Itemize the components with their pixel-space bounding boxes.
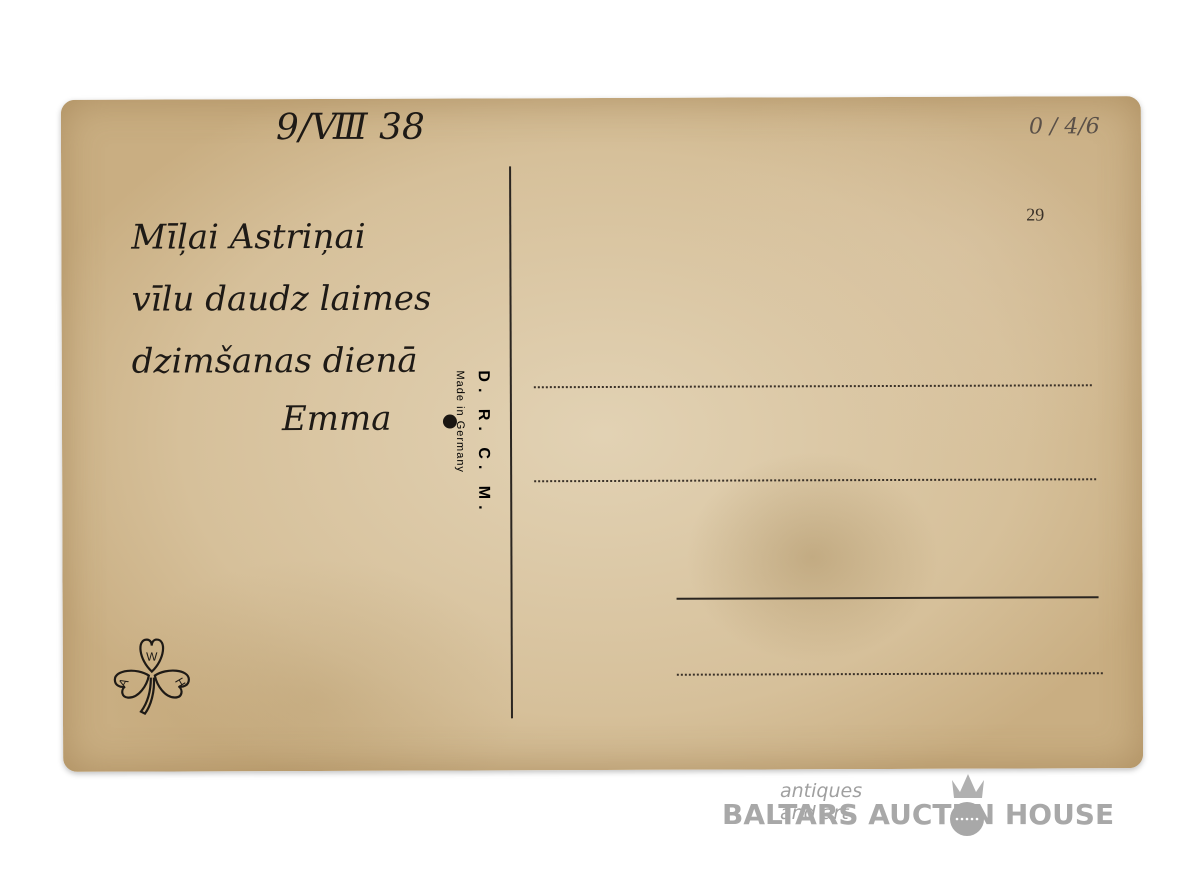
globe-o-icon [948, 800, 986, 838]
message-line-1: Mīļai Astriņai [131, 217, 365, 258]
crown-icon [948, 770, 988, 800]
shamrock-logo-icon: W A H [107, 629, 197, 719]
signature: Emma [282, 399, 392, 439]
address-line-3 [677, 596, 1099, 599]
handwritten-date: 9/Ⅷ 38 [276, 107, 425, 149]
address-line-1 [534, 384, 1092, 388]
address-line-4 [677, 672, 1103, 675]
pencil-corner-note: 0 / 4/6 [1029, 114, 1100, 139]
printer-mark-text: D. R. C. M. [475, 370, 493, 515]
address-line-2 [534, 478, 1096, 482]
message-line-2: vīlu daudz laimes [131, 279, 431, 320]
svg-text:W: W [146, 650, 158, 664]
postcard-back: 9/Ⅷ 38 Mīļai Astriņai vīlu daudz laimes … [61, 96, 1143, 772]
svg-text:A: A [115, 676, 131, 690]
message-line-3: dzimšanas dienā [132, 341, 418, 382]
ink-dot-icon [443, 415, 457, 429]
stamp-box-number: 29 [1026, 204, 1044, 225]
center-divider [509, 166, 513, 718]
watermark-name: BALTARS AUCTI N HOUSE [722, 798, 1114, 831]
